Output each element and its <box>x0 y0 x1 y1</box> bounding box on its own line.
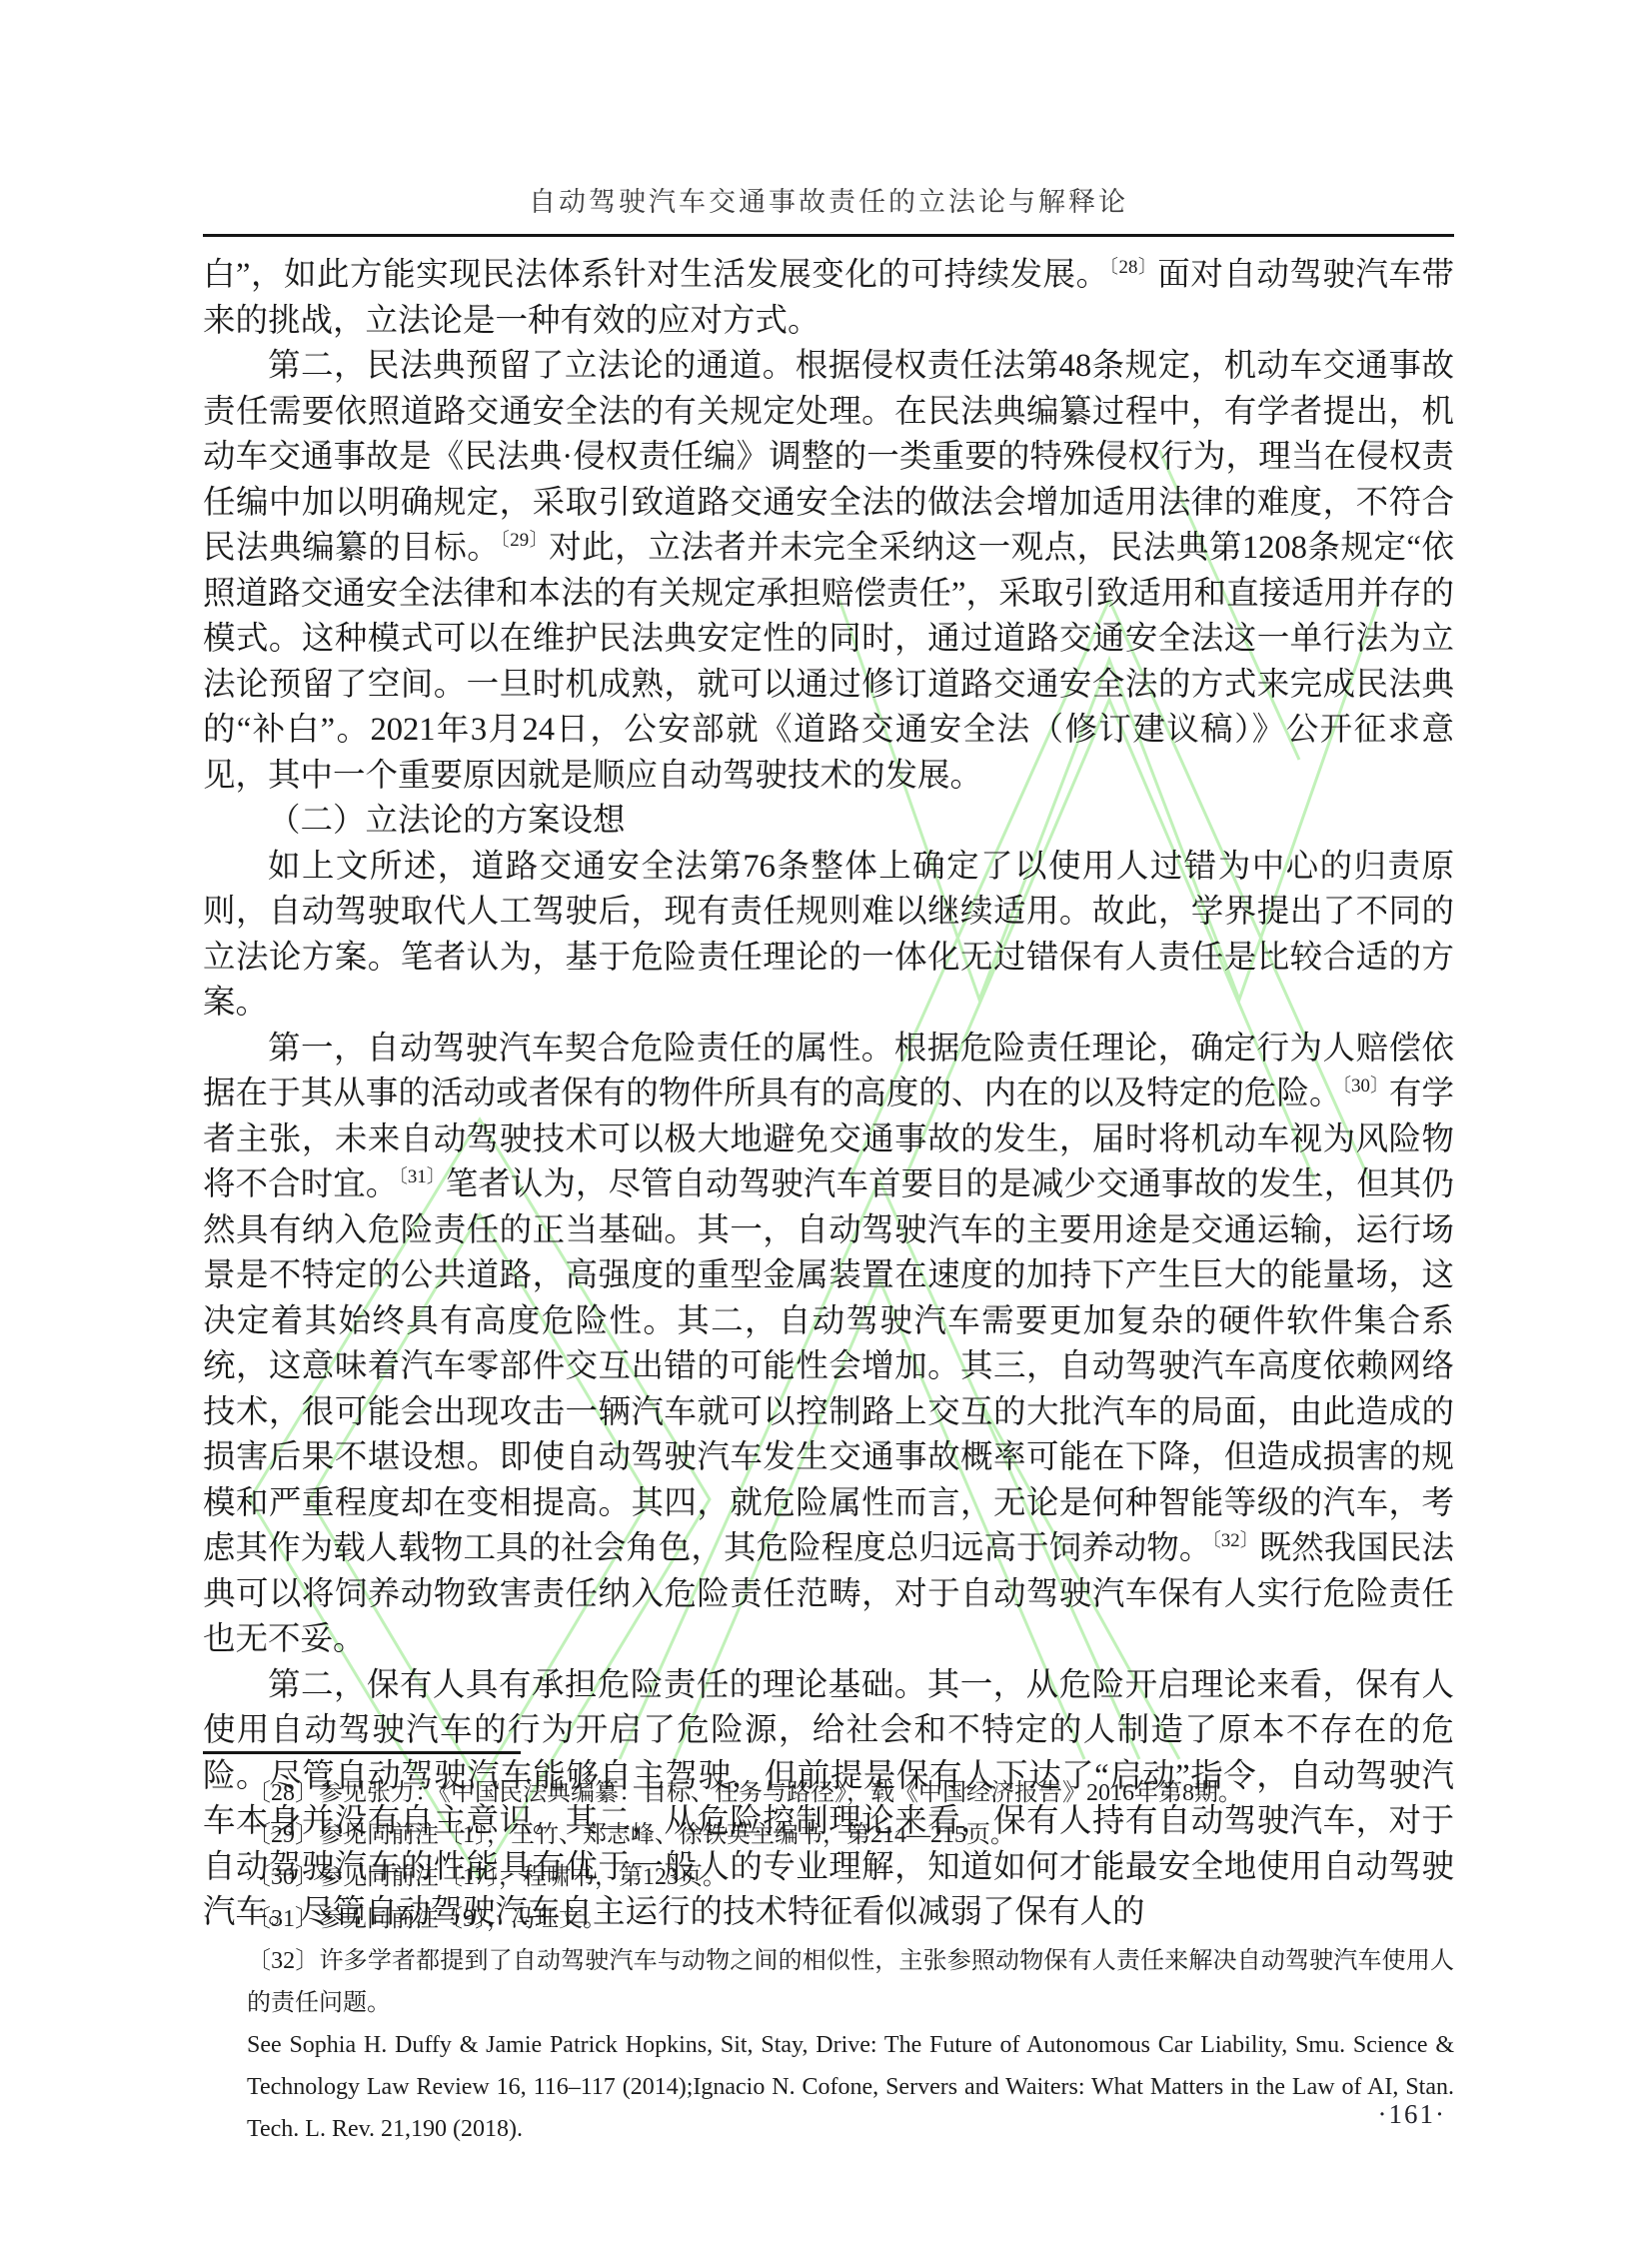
page-number: ·161· <box>1378 2097 1446 2131</box>
footnote-marker: 〔31〕 <box>398 1166 445 1187</box>
footnote-text: 〔32〕许多学者都提到了自动驾驶汽车与动物之间的相似性，主张参照动物保有人责任来… <box>247 1940 1454 2024</box>
text-column: 自动驾驶汽车交通事故责任的立法论与解释论 白”，如此方能实现民法体系针对生活发展… <box>203 0 1454 1936</box>
footnote-english-text: See Sophia H. Duffy & Jamie Patrick Hopk… <box>247 2024 1454 2150</box>
footnote-item: 〔28〕参见张力：《中国民法典编纂：目标、任务与路径》，载《中国经济报告》201… <box>203 1772 1454 1814</box>
footnote-marker: 〔32〕 <box>1211 1530 1258 1551</box>
paragraph: 第二，民法典预留了立法论的通道。根据侵权责任法第48条规定，机动车交通事故责任需… <box>203 344 1454 799</box>
footnote-list: 〔28〕参见张力：《中国民法典编纂：目标、任务与路径》，载《中国经济报告》201… <box>203 1772 1454 2150</box>
journal-page: 自动驾驶汽车交通事故责任的立法论与解释论 白”，如此方能实现民法体系针对生活发展… <box>0 0 1652 2243</box>
header-rule <box>203 234 1454 237</box>
running-head-title: 自动驾驶汽车交通事故责任的立法论与解释论 <box>203 184 1454 220</box>
footnotes-section: 〔28〕参见张力：《中国民法典编纂：目标、任务与路径》，载《中国经济报告》201… <box>203 1751 1454 2150</box>
footnote-marker: 〔29〕 <box>500 530 549 551</box>
body-text: 白”，如此方能实现民法体系针对生活发展变化的可持续发展。〔28〕面对自动驾驶汽车… <box>203 253 1454 1936</box>
footnote-text: 〔28〕参见张力：《中国民法典编纂：目标、任务与路径》，载《中国经济报告》201… <box>247 1772 1454 1814</box>
footnote-item: 〔30〕参见同前注〔17〕，程啸书，第123页。 <box>203 1856 1454 1898</box>
paragraph: 如上文所述，道路交通安全法第76条整体上确定了以使用人过错为中心的归责原则，自动… <box>203 845 1454 1027</box>
paragraph: 白”，如此方能实现民法体系针对生活发展变化的可持续发展。〔28〕面对自动驾驶汽车… <box>203 253 1454 344</box>
footnote-item: 〔29〕参见同前注〔1〕，王竹、郑志峰、徐铁英主编书，第214—215页。 <box>203 1814 1454 1856</box>
footnote-text: 〔30〕参见同前注〔17〕，程啸书，第123页。 <box>247 1856 1454 1898</box>
footnote-marker: 〔30〕 <box>1342 1076 1389 1097</box>
footnote-text: 〔29〕参见同前注〔1〕，王竹、郑志峰、徐铁英主编书，第214—215页。 <box>247 1814 1454 1856</box>
footnote-separator-rule <box>203 1751 521 1754</box>
footnote-marker: 〔28〕 <box>1109 257 1158 278</box>
footnote-text: 〔31〕参见同前注〔9〕，冯珏文。 <box>247 1898 1454 1940</box>
paragraph: （二）立法论的方案设想 <box>203 799 1454 845</box>
paragraph: 第一，自动驾驶汽车契合危险责任的属性。根据危险责任理论，确定行为人赔偿依据在于其… <box>203 1027 1454 1663</box>
footnote-item: 〔32〕许多学者都提到了自动驾驶汽车与动物之间的相似性，主张参照动物保有人责任来… <box>203 1940 1454 2150</box>
footnote-item: 〔31〕参见同前注〔9〕，冯珏文。 <box>203 1898 1454 1940</box>
